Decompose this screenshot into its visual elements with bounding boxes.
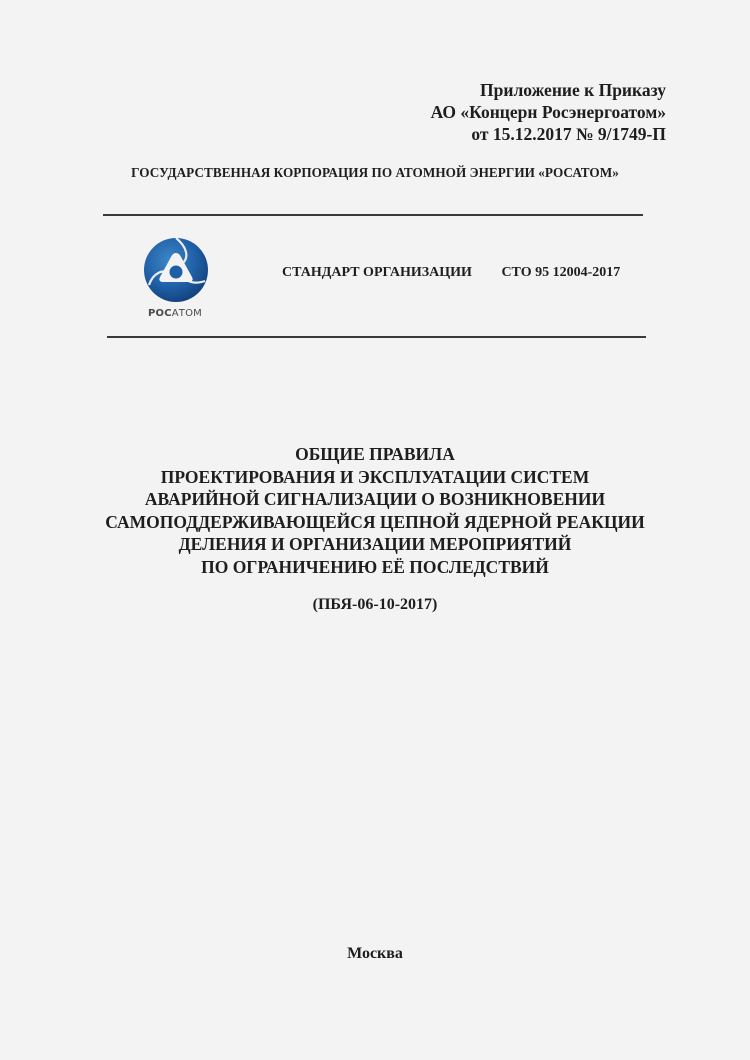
top-divider — [103, 214, 643, 216]
bottom-divider — [107, 336, 646, 338]
title-line: ДЕЛЕНИЯ И ОРГАНИЗАЦИИ МЕРОПРИЯТИЙ — [0, 533, 750, 556]
standard-label: СТАНДАРТ ОРГАНИЗАЦИИ — [282, 265, 472, 280]
corporation-name: ГОСУДАРСТВЕННАЯ КОРПОРАЦИЯ ПО АТОМНОЙ ЭН… — [0, 165, 750, 181]
appendix-line: Приложение к Приказу — [431, 79, 666, 101]
logo-wordmark-regular: АТОМ — [172, 308, 202, 319]
standard-line: СТАНДАРТ ОРГАНИЗАЦИИ СТО 95 12004-2017 — [282, 265, 620, 281]
appendix-line: АО «Концерн Росэнергоатом» — [431, 101, 666, 123]
title-line: ОБЩИЕ ПРАВИЛА — [0, 443, 750, 466]
appendix-note: Приложение к Приказу АО «Концерн Росэнер… — [431, 79, 666, 145]
logo-wordmark: РОСАТОМ — [127, 308, 223, 319]
document-code: (ПБЯ-06-10-2017) — [0, 596, 750, 614]
title-line: АВАРИЙНОЙ СИГНАЛИЗАЦИИ О ВОЗНИКНОВЕНИИ — [0, 488, 750, 511]
title-line: САМОПОДДЕРЖИВАЮЩЕЙСЯ ЦЕПНОЙ ЯДЕРНОЙ РЕАК… — [0, 511, 750, 534]
appendix-line: от 15.12.2017 № 9/1749-П — [431, 123, 666, 145]
document-title: ОБЩИЕ ПРАВИЛА ПРОЕКТИРОВАНИЯ И ЭКСПЛУАТА… — [0, 443, 750, 579]
rosatom-logo: РОСАТОМ — [127, 233, 223, 325]
logo-wordmark-bold: РОС — [148, 308, 172, 319]
title-line: ПО ОГРАНИЧЕНИЮ ЕЁ ПОСЛЕДСТВИЙ — [0, 556, 750, 579]
standard-code: СТО 95 12004-2017 — [501, 265, 620, 280]
publication-city: Москва — [0, 945, 750, 963]
rosatom-atom-logo-icon — [143, 237, 209, 303]
title-line: ПРОЕКТИРОВАНИЯ И ЭКСПЛУАТАЦИИ СИСТЕМ — [0, 466, 750, 489]
